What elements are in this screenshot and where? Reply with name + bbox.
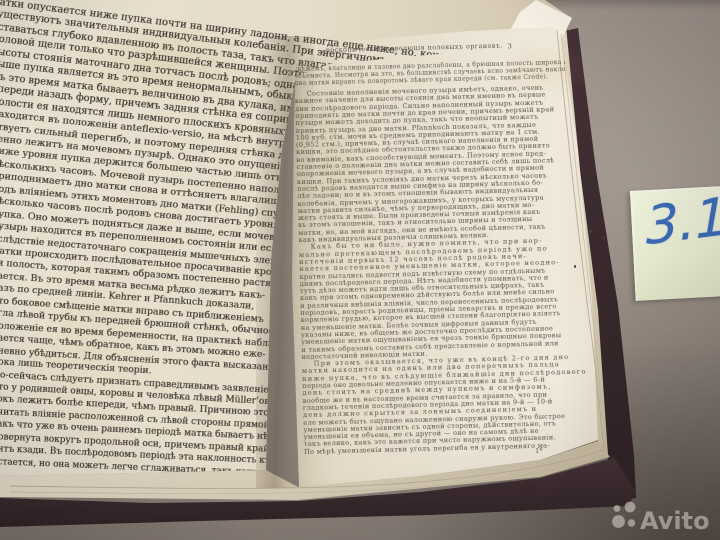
avito-logo-circles xyxy=(612,502,635,528)
avito-wordmark: Avito xyxy=(640,507,710,535)
sticky-note-label: 3.1 xyxy=(645,187,720,257)
right-page xyxy=(292,27,598,487)
speck xyxy=(589,230,592,233)
avito-watermark: Avito xyxy=(606,498,718,536)
speck xyxy=(603,237,605,239)
speck xyxy=(574,265,576,268)
listing-photo: матки опускается ниже пупка почти на шир… xyxy=(0,0,720,540)
sticky-note: 3.1 xyxy=(630,186,720,301)
open-book xyxy=(0,0,720,540)
